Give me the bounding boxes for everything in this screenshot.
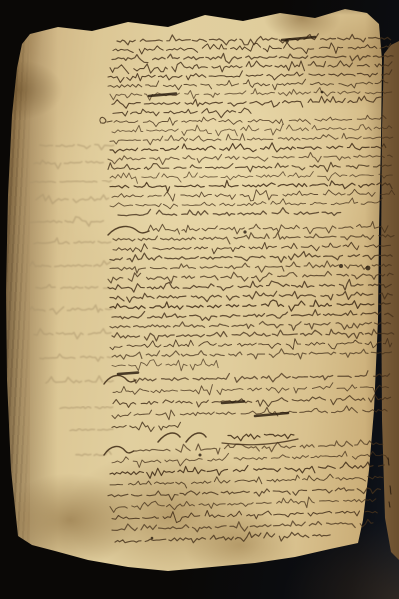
- ink-stroke: [118, 208, 341, 216]
- ink-stroke: [113, 242, 390, 254]
- ink-blot: [339, 264, 343, 268]
- ink-stroke: [110, 133, 393, 144]
- ink-stroke: [60, 407, 113, 409]
- ink-stroke: [108, 162, 391, 172]
- ink-stroke: [222, 401, 244, 403]
- ink-stroke: [149, 94, 176, 96]
- ink-stroke: [112, 520, 373, 532]
- ink-stroke: [30, 217, 103, 226]
- ink-blot: [199, 454, 202, 457]
- ink-stroke: [30, 305, 112, 314]
- ink-stroke: [389, 502, 390, 507]
- ink-stroke: [112, 359, 218, 371]
- ink-stroke: [113, 43, 391, 54]
- bleedthrough-writing: [30, 145, 114, 456]
- ink-stroke: [112, 422, 181, 432]
- ink-stroke: [114, 115, 386, 126]
- ink-stroke: [110, 300, 390, 311]
- ink-stroke: [36, 285, 110, 289]
- ink-stroke: [70, 429, 113, 431]
- ink-stroke: [222, 439, 298, 445]
- ink-stroke: [158, 433, 180, 442]
- ink-stroke: [46, 376, 113, 383]
- ink-stroke: [110, 172, 392, 184]
- ink-stroke: [134, 371, 390, 383]
- ink-stroke: [112, 124, 392, 136]
- ink-blot: [285, 39, 289, 43]
- ink-blot: [321, 91, 324, 94]
- ink-stroke: [108, 488, 380, 501]
- ink-stroke: [110, 180, 392, 191]
- ink-stroke: [112, 310, 393, 321]
- ink-stroke: [115, 532, 330, 543]
- ink-stroke: [110, 143, 386, 153]
- handwriting-ink: [0, 0, 399, 599]
- ink-stroke: [110, 261, 391, 273]
- ink-stroke: [388, 458, 389, 465]
- ink-stroke: [112, 329, 394, 341]
- ink-stroke: [113, 395, 391, 408]
- ink-stroke: [108, 226, 149, 235]
- ink-blot: [151, 537, 154, 540]
- ink-stroke: [117, 34, 391, 45]
- ink-stroke: [110, 198, 383, 209]
- ink-stroke: [34, 160, 103, 168]
- ink-stroke: [110, 462, 384, 478]
- ink-stroke: [108, 79, 388, 90]
- ink-stroke: [112, 349, 392, 359]
- ink-stroke: [118, 373, 138, 374]
- ink-stroke: [108, 152, 392, 164]
- ink-stroke: [110, 321, 391, 330]
- ink-stroke: [40, 145, 114, 150]
- ink-stroke: [110, 338, 392, 349]
- ink-stroke: [148, 222, 388, 235]
- ink-stroke: [110, 251, 392, 262]
- ink-stroke: [30, 181, 111, 183]
- ink-stroke: [112, 189, 395, 201]
- ink-stroke: [186, 433, 206, 442]
- ink-stroke: [112, 406, 387, 420]
- ink-stroke: [104, 375, 136, 384]
- ink-stroke: [110, 88, 392, 101]
- ink-stroke: [112, 53, 393, 63]
- manuscript-photo: [0, 0, 399, 599]
- ink-stroke: [30, 261, 110, 267]
- ink-stroke: [110, 291, 392, 302]
- ink-stroke: [110, 61, 392, 74]
- ink-blot: [243, 230, 246, 233]
- ink-stroke: [228, 434, 294, 441]
- ink-stroke: [113, 232, 394, 244]
- ink-stroke: [112, 511, 377, 523]
- ink-stroke: [112, 451, 388, 467]
- ink-blot: [366, 266, 371, 271]
- ink-stroke: [390, 486, 391, 494]
- ink-stroke: [113, 383, 389, 395]
- ink-stroke: [100, 117, 112, 123]
- cursive-writing: [100, 34, 395, 543]
- ink-stroke: [34, 329, 111, 339]
- ink-stroke: [110, 497, 376, 512]
- ink-stroke: [112, 96, 383, 108]
- ink-stroke: [36, 195, 109, 204]
- ink-stroke: [113, 108, 251, 118]
- ink-stroke: [108, 279, 391, 292]
- ink-stroke: [34, 238, 111, 244]
- ink-stroke: [40, 354, 111, 361]
